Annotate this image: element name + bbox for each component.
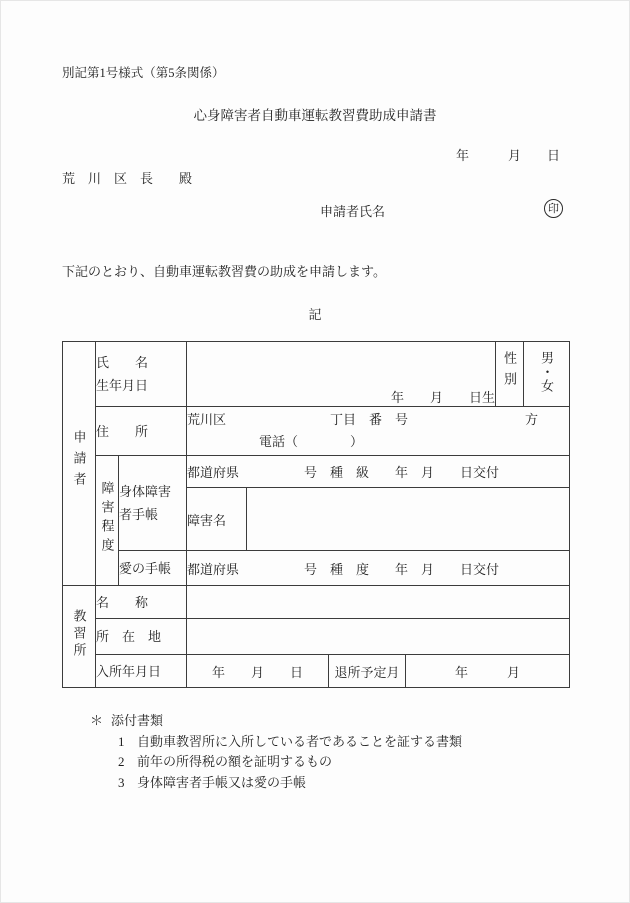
name-dob-input-cell: 年 月 日生 <box>187 342 496 407</box>
school-name-label-cell: 名 称 <box>96 586 187 619</box>
attachment-item-2-text: 前年の所得税の額を証明するもの <box>137 754 332 769</box>
address-fill-in: 荒川区 丁目 番 号 方 <box>187 409 569 431</box>
intro-text: 下記のとおり、自動車運転教習費の助成を申請します。 <box>62 261 386 280</box>
ai-handbook-label-cell: 愛の手帳 <box>119 551 187 586</box>
disability-name-label-cell: 障害名 <box>187 488 247 551</box>
asterisk-mark: ＊ <box>90 711 103 732</box>
ai-handbook-label: 愛の手帳 <box>119 557 186 580</box>
sex-options: 男・女 <box>540 351 553 393</box>
attachment-item-2: 2前年の所得税の額を証明するもの <box>118 752 462 773</box>
attachment-item-3-number: 3 <box>118 773 137 794</box>
school-address-label: 所 在 地 <box>96 625 186 648</box>
sex-label-cell: 性別 <box>496 342 524 407</box>
school-group-label: 教習所 <box>73 609 86 660</box>
dob-label: 生年月日 <box>96 374 186 397</box>
group-label-school: 教習所 <box>63 586 96 688</box>
disability-group-label: 障害程度 <box>101 481 114 557</box>
physical-handbook-label-cell: 身体障害 者手帳 <box>119 456 187 551</box>
address-label: 住 所 <box>96 420 186 443</box>
row-entry-date: 入所年月日 年 月 日 退所予定月 年 月 <box>63 655 570 688</box>
exit-month-fill-in: 年 月 <box>406 662 569 681</box>
row-name-dob: 申請者 氏 名 生年月日 年 月 日生 性別 男・女 <box>63 342 570 407</box>
physical-handbook-label-line2: 者手帳 <box>119 503 186 526</box>
attachment-item-1-text: 自動車教習所に入所している者であることを証する書類 <box>137 734 462 749</box>
school-address-label-cell: 所 在 地 <box>96 619 187 655</box>
address-input-cell: 荒川区 丁目 番 号 方 電話（ ） <box>187 407 570 456</box>
physical-handbook-input-cell: 都道府県 号 種 級 年 月 日交付 <box>187 456 570 488</box>
exit-month-label: 退所予定月 <box>329 662 405 681</box>
row-ai-handbook: 愛の手帳 都道府県 号 種 度 年 月 日交付 <box>63 551 570 586</box>
addressee: 荒 川 区 長 殿 <box>62 168 192 187</box>
disability-group-cell: 障害程度 <box>96 456 119 586</box>
row-address: 住 所 荒川区 丁目 番 号 方 電話（ ） <box>63 407 570 456</box>
disability-name-input-cell <box>247 488 570 551</box>
applicant-name-label: 申請者氏名 <box>320 201 385 220</box>
date-line: 年 月 日 <box>62 145 560 164</box>
attachment-item-3-text: 身体障害者手帳又は愛の手帳 <box>137 775 306 790</box>
row-school-name: 教習所 名 称 <box>63 586 570 619</box>
name-dob-label-cell: 氏 名 生年月日 <box>96 342 187 407</box>
sex-options-cell: 男・女 <box>524 342 570 407</box>
ai-handbook-fill-in: 都道府県 号 種 度 年 月 日交付 <box>187 559 569 578</box>
attachment-item-3: 3身体障害者手帳又は愛の手帳 <box>118 773 462 794</box>
phone-fill-in: 電話（ ） <box>187 431 569 453</box>
sex-label: 性別 <box>503 351 516 393</box>
attachment-item-1-number: 1 <box>118 732 137 753</box>
entry-date-label-cell: 入所年月日 <box>96 655 187 688</box>
form-number: 別記第1号様式（第5条関係） <box>62 63 225 81</box>
attachment-notes: ＊添付書類 1自動車教習所に入所している者であることを証する書類 2前年の所得税… <box>90 711 462 793</box>
attachment-notes-heading: ＊添付書類 <box>90 711 462 732</box>
attachment-item-2-number: 2 <box>118 752 137 773</box>
exit-month-label-cell: 退所予定月 <box>329 655 406 688</box>
ai-handbook-input-cell: 都道府県 号 種 度 年 月 日交付 <box>187 551 570 586</box>
row-school-address: 所 在 地 <box>63 619 570 655</box>
page-title: 心身障害者自動車運転教習費助成申請書 <box>0 104 630 124</box>
seal-icon: 印 <box>544 199 563 218</box>
disability-name-label: 障害名 <box>187 510 246 529</box>
applicant-group-label: 申請者 <box>73 430 86 493</box>
dob-fill-in: 年 月 日生 <box>187 387 495 406</box>
physical-handbook-label-line1: 身体障害 <box>119 480 186 503</box>
attachment-notes-title: 添付書類 <box>111 713 163 728</box>
entry-date-label: 入所年月日 <box>96 660 186 683</box>
application-form-page: 別記第1号様式（第5条関係） 心身障害者自動車運転教習費助成申請書 年 月 日 … <box>0 0 630 903</box>
exit-month-input-cell: 年 月 <box>406 655 570 688</box>
school-address-input-cell <box>187 619 570 655</box>
physical-handbook-fill-in: 都道府県 号 種 級 年 月 日交付 <box>187 462 569 481</box>
application-table: 申請者 氏 名 生年月日 年 月 日生 性別 男・女 住 所 荒川区 丁目 <box>62 341 570 688</box>
entry-date-input-cell: 年 月 日 <box>187 655 329 688</box>
row-physical-handbook: 障害程度 身体障害 者手帳 都道府県 号 種 級 年 月 日交付 <box>63 456 570 488</box>
address-label-cell: 住 所 <box>96 407 187 456</box>
name-label: 氏 名 <box>96 351 186 374</box>
school-name-label: 名 称 <box>96 591 186 614</box>
section-mark: 記 <box>0 304 630 323</box>
attachment-item-1: 1自動車教習所に入所している者であることを証する書類 <box>118 732 462 753</box>
school-name-input-cell <box>187 586 570 619</box>
group-label-applicant: 申請者 <box>63 342 96 586</box>
entry-date-fill-in: 年 月 日 <box>187 662 328 681</box>
